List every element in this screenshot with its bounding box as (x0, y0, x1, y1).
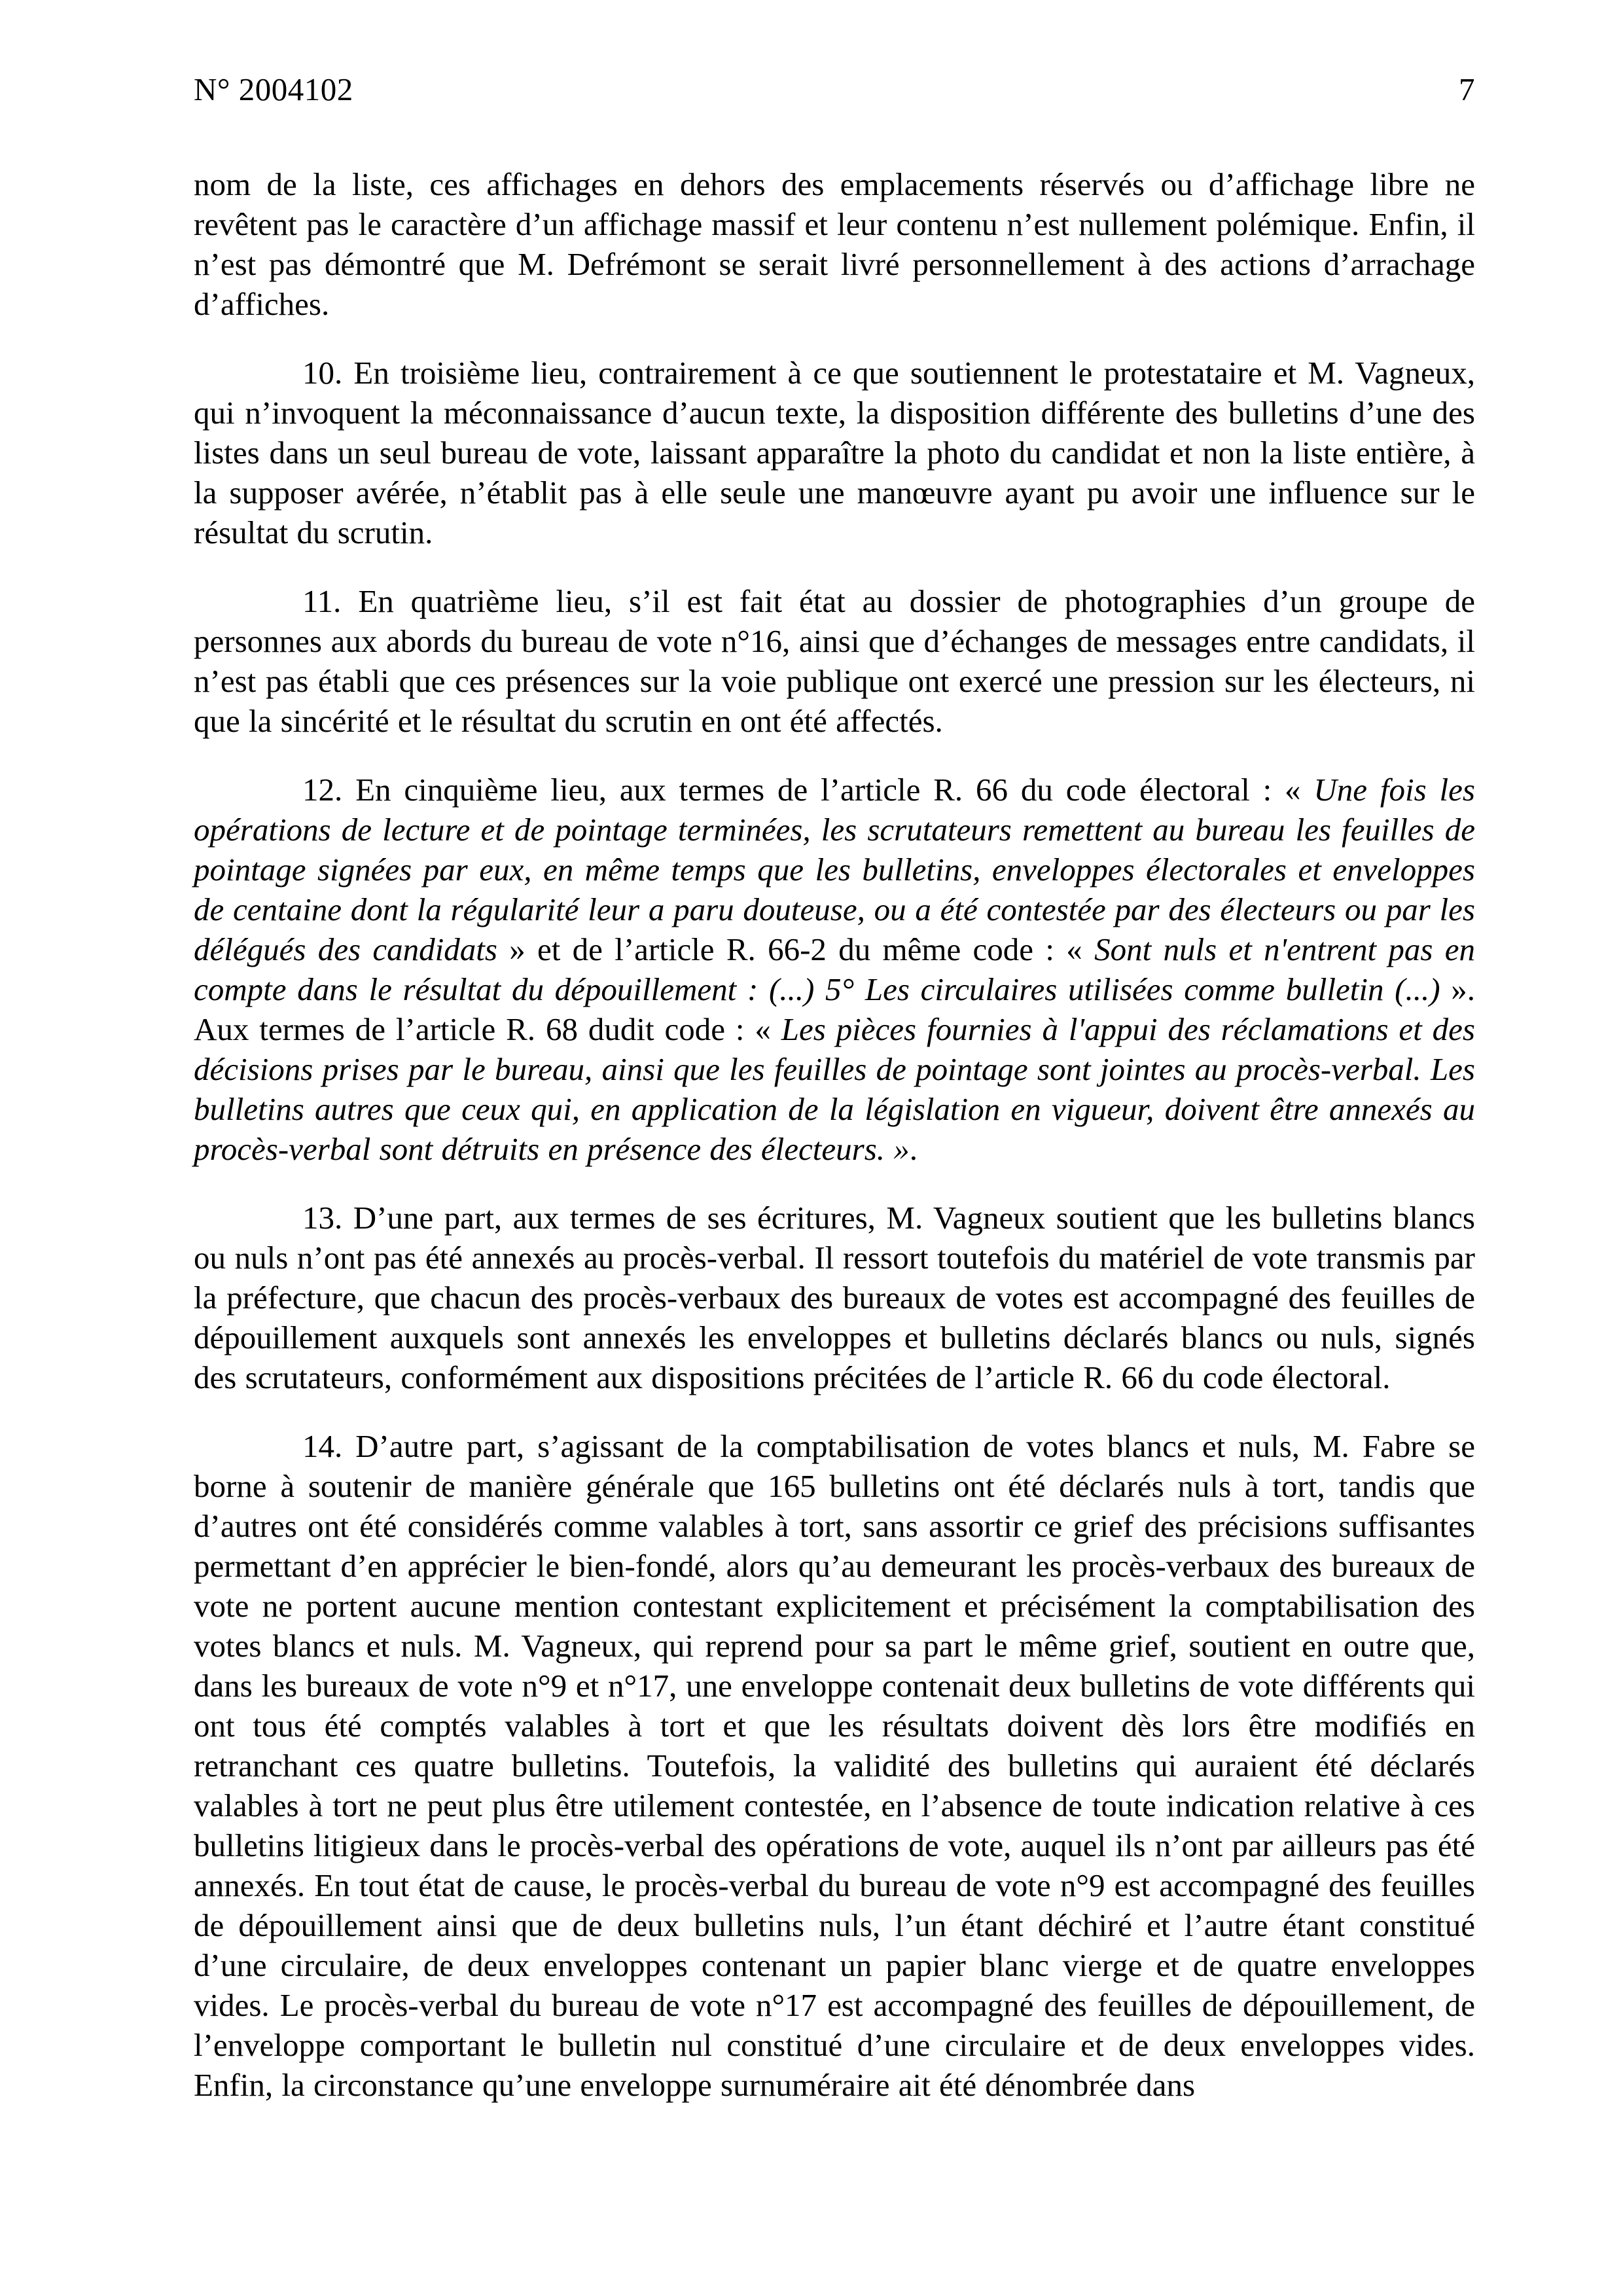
document-page: N° 2004102 7 nom de la liste, ces affich… (0, 0, 1623, 2296)
paragraph: nom de la liste, ces affichages en dehor… (194, 164, 1475, 324)
paragraph-text: . (910, 1131, 918, 1167)
document-body: nom de la liste, ces affichages en dehor… (194, 164, 1475, 2105)
paragraph-text: 10. En troisième lieu, contrairement à c… (194, 355, 1475, 550)
paragraph: 10. En troisième lieu, contrairement à c… (194, 353, 1475, 552)
paragraph-text: 11. En quatrième lieu, s’il est fait éta… (194, 583, 1475, 739)
paragraph-text: nom de la liste, ces affichages en dehor… (194, 166, 1475, 322)
page-header: N° 2004102 7 (194, 71, 1475, 108)
page-number: 7 (1459, 71, 1475, 108)
paragraph-text: 12. En cinquième lieu, aux termes de l’a… (302, 772, 1313, 808)
paragraph: 11. En quatrième lieu, s’il est fait éta… (194, 581, 1475, 741)
paragraph: 13. D’une part, aux termes de ses écritu… (194, 1198, 1475, 1397)
paragraph: 14. D’autre part, s’agissant de la compt… (194, 1426, 1475, 2105)
paragraph-text: » et de l’article R. 66-2 du même code :… (497, 931, 1094, 967)
paragraph: 12. En cinquième lieu, aux termes de l’a… (194, 770, 1475, 1169)
paragraph-text: 13. D’une part, aux termes de ses écritu… (194, 1200, 1475, 1395)
case-number: N° 2004102 (194, 71, 353, 108)
paragraph-text: 14. D’autre part, s’agissant de la compt… (194, 1428, 1475, 2103)
